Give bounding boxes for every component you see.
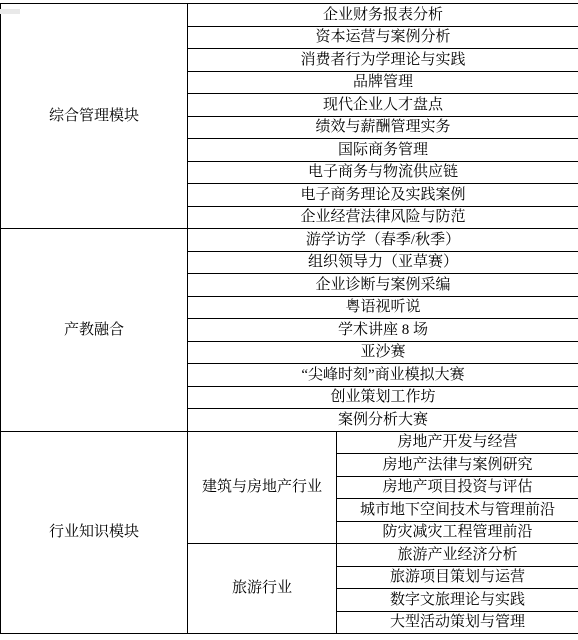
course-cell: 电子商务理论及实践案例 <box>188 184 578 207</box>
course-cell: 房地产项目投资与评估 <box>337 476 578 499</box>
course-cell: 案例分析大赛 <box>188 409 578 432</box>
course-cell: 品牌管理 <box>188 71 578 94</box>
course-cell: 资本运营与案例分析 <box>188 26 578 49</box>
course-cell: 房地产开发与经营 <box>337 431 578 454</box>
module-cell-general-management: 综合管理模块 <box>1 4 188 229</box>
course-cell: 大型活动策划与管理 <box>337 611 578 634</box>
industry-cell-tourism: 旅游行业 <box>188 544 337 634</box>
scan-artifact <box>0 9 20 14</box>
course-cell: 旅游产业经济分析 <box>337 544 578 567</box>
course-cell: 房地产法律与案例研究 <box>337 454 578 477</box>
course-cell: 城市地下空间技术与管理前沿 <box>337 499 578 522</box>
course-cell: 防灾减灾工程管理前沿 <box>337 521 578 544</box>
course-cell: 国际商务管理 <box>188 139 578 162</box>
curriculum-table: 综合管理模块 企业财务报表分析 资本运营与案例分析 消费者行为学理论与实践 品牌… <box>0 3 578 634</box>
curriculum-table-body: 综合管理模块 企业财务报表分析 资本运营与案例分析 消费者行为学理论与实践 品牌… <box>1 4 578 634</box>
module-cell-industry-education: 产教融合 <box>1 229 188 432</box>
course-cell: 游学访学（春季/秋季） <box>188 229 578 252</box>
course-cell: 电子商务与物流供应链 <box>188 161 578 184</box>
course-cell: 学术讲座 8 场 <box>188 319 578 342</box>
course-cell: 组织领导力（亚草赛） <box>188 251 578 274</box>
course-cell: 创业策划工作坊 <box>188 386 578 409</box>
course-cell: 绩效与薪酬管理实务 <box>188 116 578 139</box>
table-row: 行业知识模块 建筑与房地产行业 房地产开发与经营 <box>1 431 578 454</box>
course-cell: 旅游项目策划与运营 <box>337 566 578 589</box>
module-cell-industry-knowledge: 行业知识模块 <box>1 431 188 634</box>
course-cell: 亚沙赛 <box>188 341 578 364</box>
course-cell: “尖峰时刻”商业模拟大赛 <box>188 364 578 387</box>
industry-cell-real-estate: 建筑与房地产行业 <box>188 431 337 544</box>
course-cell: 粤语视听说 <box>188 296 578 319</box>
course-cell: 企业经营法律风险与防范 <box>188 206 578 229</box>
course-cell: 消费者行为学理论与实践 <box>188 49 578 72</box>
course-cell: 企业财务报表分析 <box>188 4 578 27</box>
table-row: 产教融合 游学访学（春季/秋季） <box>1 229 578 252</box>
table-row: 综合管理模块 企业财务报表分析 <box>1 4 578 27</box>
course-cell: 企业诊断与案例采编 <box>188 274 578 297</box>
course-cell: 数字文旅理论与实践 <box>337 589 578 612</box>
course-cell: 现代企业人才盘点 <box>188 94 578 117</box>
